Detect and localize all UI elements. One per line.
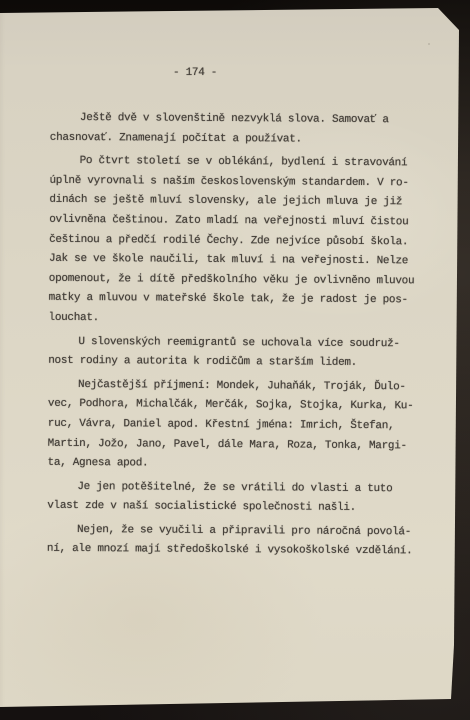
scan-background: - 174 - Ještě dvě v slovenštině nezvyklá…: [0, 0, 470, 720]
paragraph: Nejen, že se vyučili a připravili pro ná…: [47, 521, 439, 563]
paragraph: U slovenských reemigrantů se uchovala ví…: [48, 332, 440, 374]
body-text: Ještě dvě v slovenštině nezvyklá slova. …: [47, 109, 442, 567]
paragraph: Po čtvrt století se v oblékání, bydlení …: [48, 152, 441, 331]
document-page: - 174 - Ještě dvě v slovenštině nezvyklá…: [0, 0, 470, 720]
page-number: - 174 -: [173, 66, 217, 80]
paragraph: Nejčastější příjmení: Mondek, Juhaňák, T…: [47, 376, 440, 477]
paragraph: Je jen potěšitelné, že se vrátili do vla…: [47, 477, 439, 519]
paragraph: Ještě dvě v slovenštině nezvyklá slova. …: [50, 109, 442, 151]
